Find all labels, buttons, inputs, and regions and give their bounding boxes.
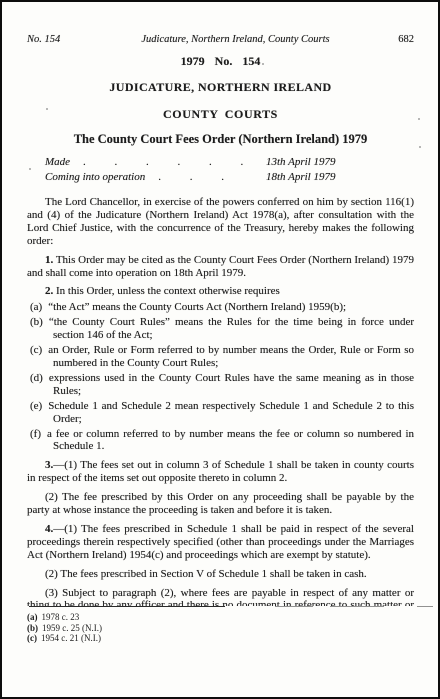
rule-artifact — [275, 606, 313, 607]
page-number: 682 — [366, 34, 414, 45]
preamble-paragraph: The Lord Chancellor, in exercise of the … — [27, 196, 414, 248]
rule-artifact — [330, 606, 384, 607]
footnote-tag: (a) — [27, 612, 42, 622]
article-text: (2) The fees prescribed in Section V of … — [45, 568, 367, 580]
definition-tag: (c) — [30, 344, 48, 356]
footnote-b: (b)1959 c. 25 (N.I.) — [27, 623, 414, 634]
article-number: 3. — [45, 459, 53, 471]
definition-item-b: (b)“the County Court Rules” means the Ru… — [27, 316, 414, 342]
article-2: 2. In this Order, unless the context oth… — [27, 285, 414, 298]
footnote-tag: (c) — [27, 633, 41, 643]
running-header-title: Judicature, Northern Ireland, County Cou… — [105, 34, 366, 45]
footnote-text: 1959 c. 25 (N.I.) — [42, 623, 102, 633]
footnote-c: (c)1954 c. 21 (N.I.) — [27, 633, 414, 644]
made-label: Made — [45, 155, 70, 170]
order-title: The County Court Fees Order (Northern Ir… — [27, 132, 414, 147]
article-text: —(1) The fees set out in column 3 of Sch… — [27, 459, 414, 484]
dot-leaders: . . . — [145, 170, 266, 185]
article-4-2: (2) The fees prescribed in Section V of … — [27, 568, 414, 581]
scan-speck — [419, 146, 421, 148]
footnotes: (a)1978 c. 23 (b)1959 c. 25 (N.I.) (c)19… — [27, 606, 414, 644]
instrument-year-number: 1979 No. 154 — [27, 54, 414, 69]
operation-date-row: Coming into operation . . . 18th April 1… — [45, 170, 358, 185]
definitions-list: (a)“the Act” means the County Courts Act… — [27, 301, 414, 453]
scanned-document-page: No. 154 Judicature, Northern Ireland, Co… — [0, 0, 440, 699]
definition-item-a: (a)“the Act” means the County Courts Act… — [27, 301, 414, 314]
footnote-text: 1978 c. 23 — [42, 612, 80, 622]
article-number: 2. — [45, 285, 53, 297]
definition-tag: (a) — [30, 301, 48, 313]
definition-text: a fee or column referred to by number me… — [47, 428, 414, 453]
body-text: The Lord Chancellor, in exercise of the … — [27, 196, 414, 625]
article-number: 4. — [45, 523, 53, 535]
definition-text: “the County Court Rules” means the Rules… — [49, 316, 414, 341]
definition-item-c: (c)an Order, Rule or Form referred to by… — [27, 344, 414, 370]
operation-label: Coming into operation — [45, 170, 145, 185]
page-content: No. 154 Judicature, Northern Ireland, Co… — [27, 34, 414, 625]
article-3-2: (2) The fee prescribed by this Order on … — [27, 491, 414, 517]
article-text: (2) The fee prescribed by this Order on … — [27, 491, 414, 516]
article-1: 1. This Order may be cited as the County… — [27, 254, 414, 280]
date-table: Made . . . . . . 13th April 1979 Coming … — [45, 155, 358, 185]
footnote-a: (a)1978 c. 23 — [27, 612, 414, 623]
article-4-1: 4.—(1) The fees prescribed in Schedule 1… — [27, 523, 414, 562]
category-heading: COUNTY COURTS — [27, 107, 414, 122]
made-date: 13th April 1979 — [266, 155, 358, 170]
running-header: No. 154 Judicature, Northern Ireland, Co… — [27, 34, 414, 45]
definition-item-d: (d)expressions used in the County Court … — [27, 372, 414, 398]
scan-speck — [418, 118, 420, 120]
article-text: —(1) The fees prescribed in Schedule 1 s… — [27, 523, 414, 561]
made-date-row: Made . . . . . . 13th April 1979 — [45, 155, 358, 170]
article-text: In this Order, unless the context otherw… — [53, 285, 280, 297]
article-number: 1. — [45, 254, 53, 266]
operation-date: 18th April 1979 — [266, 170, 358, 185]
definition-text: expressions used in the County Court Rul… — [49, 372, 414, 397]
definition-item-f: (f)a fee or column referred to by number… — [27, 428, 414, 454]
dot-leaders: . . . . . . — [70, 155, 266, 170]
definition-item-e: (e)Schedule 1 and Schedule 2 mean respec… — [27, 400, 414, 426]
definition-tag: (e) — [30, 400, 48, 412]
jurisdiction-heading: JUDICATURE, NORTHERN IRELAND — [27, 80, 414, 95]
definition-text: an Order, Rule or Form referred to by nu… — [48, 344, 414, 369]
footnote-rule — [29, 606, 225, 607]
definition-text: “the Act” means the County Courts Act (N… — [48, 301, 346, 313]
definition-tag: (f) — [30, 428, 47, 440]
article-text: This Order may be cited as the County Co… — [27, 254, 414, 279]
definition-text: Schedule 1 and Schedule 2 mean respectiv… — [48, 400, 414, 425]
running-header-number: No. 154 — [27, 34, 105, 45]
article-3-1: 3.—(1) The fees set out in column 3 of S… — [27, 459, 414, 485]
rule-artifact — [417, 606, 433, 607]
definition-tag: (b) — [30, 316, 49, 328]
footnote-text: 1954 c. 21 (N.I.) — [41, 633, 101, 643]
footnote-tag: (b) — [27, 623, 42, 633]
definition-tag: (d) — [30, 372, 49, 384]
